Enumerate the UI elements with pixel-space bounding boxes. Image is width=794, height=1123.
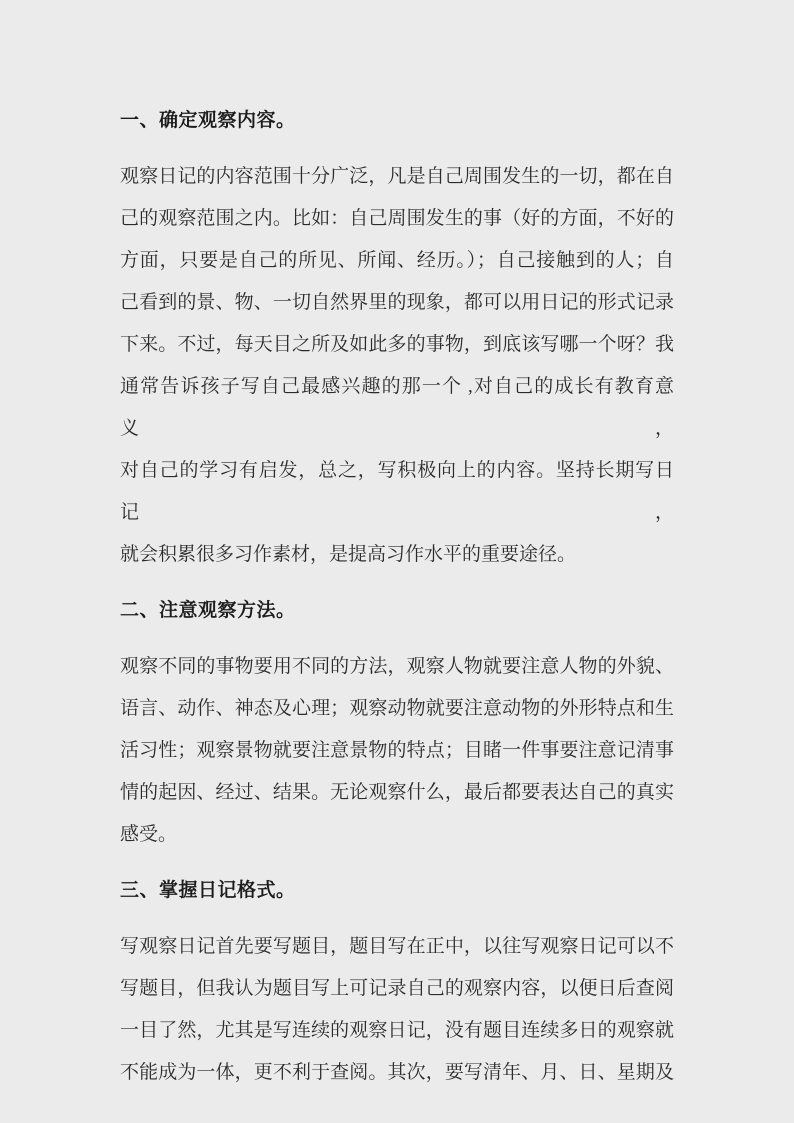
section-1: 一、确定观察内容。 观察日记的内容范围十分广泛，凡是自己周围发生的一切，都在自 …: [120, 100, 674, 576]
text-line: 就会积累很多习作素材，是提高习作水平的重要途径。: [120, 534, 674, 576]
section-1-heading: 一、确定观察内容。: [120, 100, 674, 142]
text-line: 不能成为一体，更不利于查阅。其次，要写清年、月、日、星期及: [120, 1052, 674, 1094]
text-line: 感受。: [120, 814, 674, 856]
section-1-paragraph: 观察日记的内容范围十分广泛，凡是自己周围发生的一切，都在自 己的观察范围之内。比…: [120, 156, 674, 576]
text-line: 语言、动作、神态及心理；观察动物就要注意动物的外形特点和生: [120, 688, 674, 730]
text-line: 下来。不过，每天目之所及如此多的事物，到底该写哪一个呀？我: [120, 324, 674, 366]
text-line: 己看到的景、物、一切自然界里的现象，都可以用日记的形式记录: [120, 282, 674, 324]
section-2: 二、注意观察方法。 观察不同的事物要用不同的方法，观察人物就要注意人物的外貌、 …: [120, 590, 674, 856]
text-line: 对自己的学习有启发，总之，写积极向上的内容。坚持长期写日记，: [120, 450, 674, 534]
section-3: 三、掌握日记格式。 写观察日记首先要写题目，题目写在正中，以往写观察日记可以不 …: [120, 870, 674, 1094]
text-line: 方面，只要是自己的所见、所闻、经历。）；自己接触到的人；自: [120, 240, 674, 282]
section-2-paragraph: 观察不同的事物要用不同的方法，观察人物就要注意人物的外貌、 语言、动作、神态及心…: [120, 646, 674, 856]
text-line: 通常告诉孩子写自己最感兴趣的那一个 ,对自己的成长有教育意义，: [120, 366, 674, 450]
text-line: 写题目，但我认为题目写上可记录自己的观察内容，以便日后查阅: [120, 968, 674, 1010]
section-2-heading: 二、注意观察方法。: [120, 590, 674, 632]
text-line: 观察日记的内容范围十分广泛，凡是自己周围发生的一切，都在自: [120, 156, 674, 198]
text-line: 一目了然，尤其是写连续的观察日记，没有题目连续多日的观察就: [120, 1010, 674, 1052]
section-3-paragraph: 写观察日记首先要写题目，题目写在正中，以往写观察日记可以不 写题目，但我认为题目…: [120, 926, 674, 1094]
document-page: 一、确定观察内容。 观察日记的内容范围十分广泛，凡是自己周围发生的一切，都在自 …: [0, 0, 794, 1123]
section-3-heading: 三、掌握日记格式。: [120, 870, 674, 912]
text-line: 活习性；观察景物就要注意景物的特点；目睹一件事要注意记清事: [120, 730, 674, 772]
text-line: 写观察日记首先要写题目，题目写在正中，以往写观察日记可以不: [120, 926, 674, 968]
text-line: 观察不同的事物要用不同的方法，观察人物就要注意人物的外貌、: [120, 646, 674, 688]
text-line: 情的起因、经过、结果。无论观察什么，最后都要表达自己的真实: [120, 772, 674, 814]
text-line: 己的观察范围之内。比如：自己周围发生的事（好的方面，不好的: [120, 198, 674, 240]
